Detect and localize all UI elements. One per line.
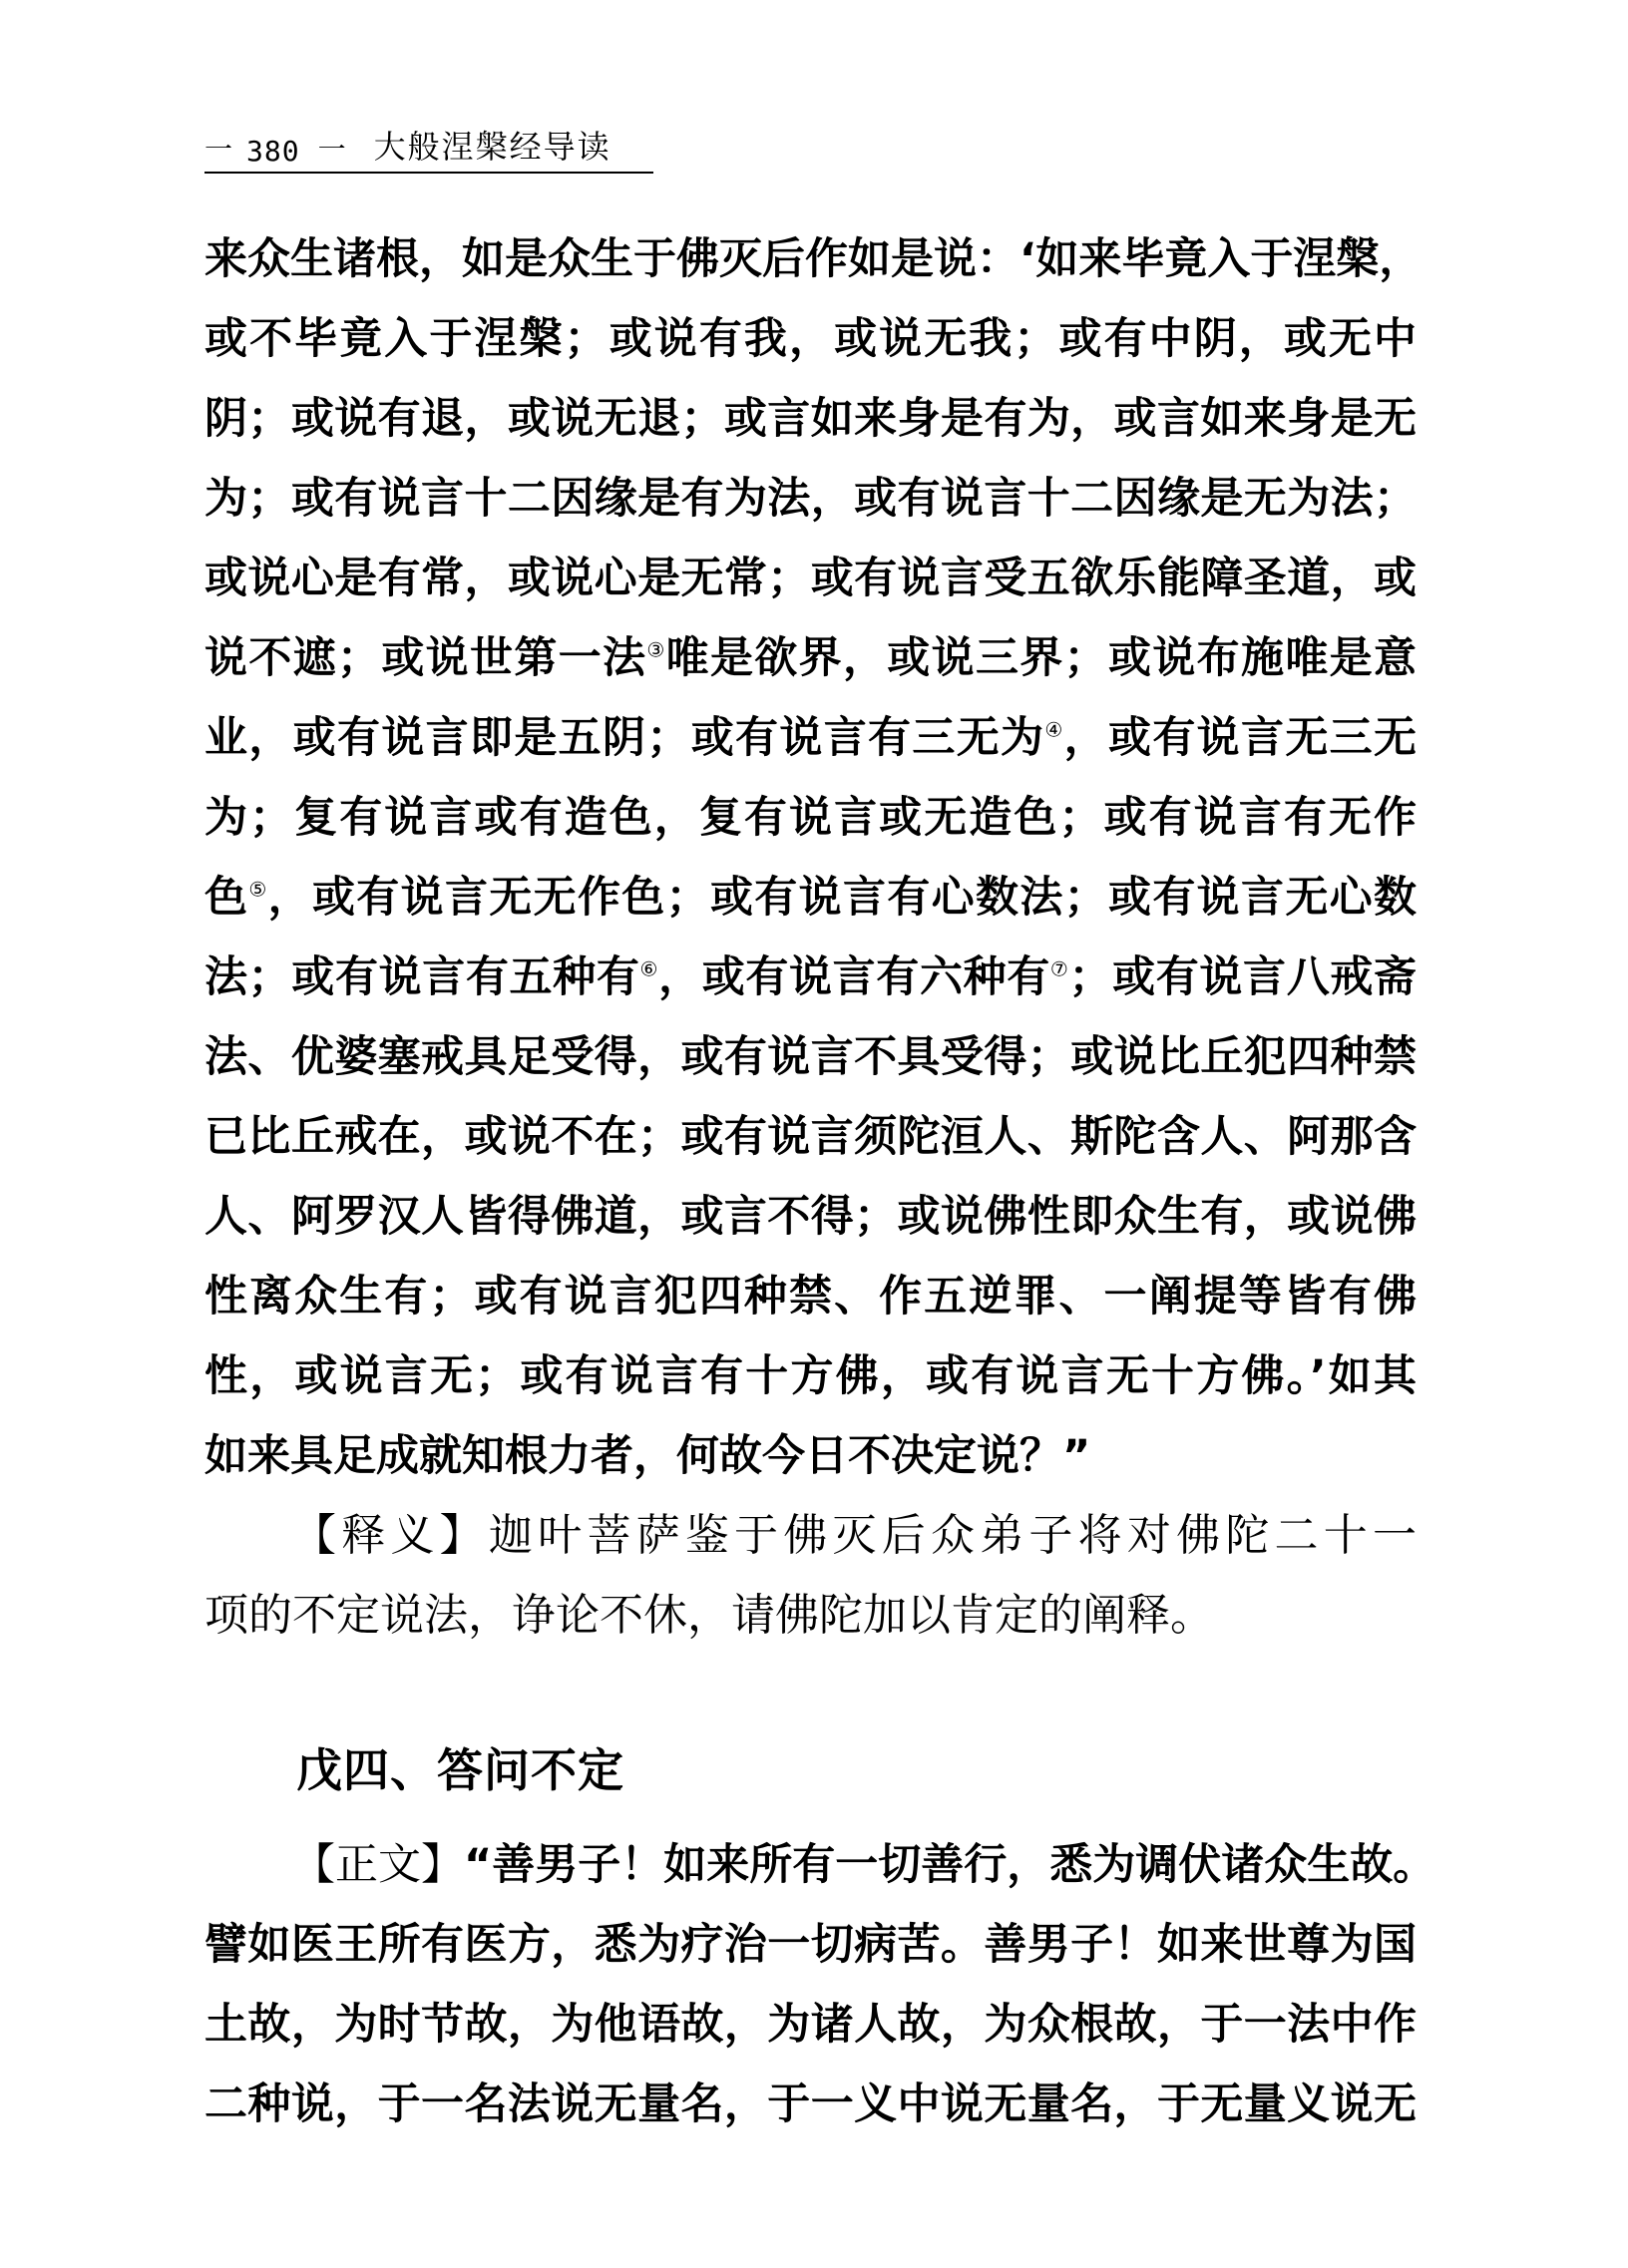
line-text: 迦叶菩萨鉴于佛灭后众弟子将对佛陀二十一 (489, 1510, 1417, 1561)
footnote-marker[interactable]: ③ (646, 638, 665, 662)
sutra-line: 或不毕竟入于涅槃；或说有我，或说无我；或有中阴，或无中 (204, 299, 1417, 379)
line-text: ，或有说言无无作色；或有说言有心数法；或有说言无心数 (268, 873, 1417, 923)
section-heading: 戊四、答问不定 (204, 1715, 1417, 1825)
running-header: 一 380 一 大般涅槃经导读 (204, 118, 653, 174)
book-title: 大般涅槃经导读 (374, 122, 611, 168)
footnote-marker[interactable]: ⑥ (639, 957, 658, 981)
sutra-line: 二种说，于一名法说无量名，于一义中说无量名，于无量义说无 (204, 2065, 1417, 2144)
sutra-line: 性离众生有；或有说言犯四种禁、作五逆罪、一阐提等皆有佛 (204, 1257, 1417, 1336)
sutra-line: 业，或有说言即是五阴；或有说言有三无为④，或有说言无三无 (204, 698, 1417, 778)
commentary-line: 【释义】迦叶菩萨鉴于佛灭后众弟子将对佛陀二十一 (204, 1496, 1417, 1576)
main-text-label: 【正文】 (292, 1840, 464, 1890)
footnote-marker[interactable]: ④ (1044, 718, 1063, 742)
sutra-line: 人、阿罗汉人皆得佛道，或言不得；或说佛性即众生有，或说佛 (204, 1177, 1417, 1257)
footnote-marker[interactable]: ⑦ (1050, 957, 1069, 981)
sutra-line: 【正文】“善男子！如来所有一切善行，悉为调伏诸众生故。 (204, 1825, 1417, 1905)
footnote-marker[interactable]: ⑤ (248, 878, 267, 902)
line-text: 说不遮；或说世第一法 (204, 633, 646, 683)
line-text: ；或有说言八戒斋 (1068, 952, 1417, 1002)
line-text: ，或有说言有六种有 (658, 952, 1050, 1002)
sutra-line: 阴；或说有退，或说无退；或言如来身是有为，或言如来身是无 (204, 379, 1417, 459)
sutra-line: 如来具足成就知根力者，何故今日不决定说？” (204, 1416, 1417, 1496)
commentary-label: 【释义】 (292, 1510, 489, 1561)
sutra-line: 或说心是有常，或说心是无常；或有说言受五欲乐能障圣道，或 (204, 539, 1417, 618)
sutra-line: 法；或有说言有五种有⑥，或有说言有六种有⑦；或有说言八戒斋 (204, 938, 1417, 1017)
page-body: 来众生诸根，如是众生于佛灭后作如是说：‘如来毕竟入于涅槃， 或不毕竟入于涅槃；或… (204, 219, 1417, 2144)
line-text: 业，或有说言即是五阴；或有说言有三无为 (204, 713, 1044, 763)
sutra-line: 为；或有说言十二因缘是有为法，或有说言十二因缘是无为法； (204, 459, 1417, 539)
line-text: 法；或有说言有五种有 (204, 952, 639, 1002)
line-text: 色 (204, 873, 248, 923)
sutra-line: 土故，为时节故，为他语故，为诸人故，为众根故，于一法中作 (204, 1985, 1417, 2065)
header-dash-left: 一 (204, 128, 232, 168)
line-text: 唯是欲界，或说三界；或说布施唯是意 (666, 633, 1417, 683)
sutra-line: 来众生诸根，如是众生于佛灭后作如是说：‘如来毕竟入于涅槃， (204, 219, 1417, 299)
header-dash-right: 一 (318, 128, 346, 168)
line-text: “善男子！如来所有一切善行，悉为调伏诸众生故。 (464, 1840, 1435, 1890)
sutra-line: 说不遮；或说世第一法③唯是欲界，或说三界；或说布施唯是意 (204, 618, 1417, 698)
sutra-line: 色⑤，或有说言无无作色；或有说言有心数法；或有说言无心数 (204, 858, 1417, 938)
page-number: 380 (246, 135, 300, 168)
sutra-line: 为；复有说言或有造色，复有说言或无造色；或有说言有无作 (204, 778, 1417, 858)
commentary-line: 项的不定说法，诤论不休，请佛陀加以肯定的阐释。 (204, 1576, 1417, 1656)
sutra-line: 已比丘戒在，或说不在；或有说言须陀洹人、斯陀含人、阿那含 (204, 1097, 1417, 1177)
sutra-line: 法、优婆塞戒具足受得，或有说言不具受得；或说比丘犯四种禁 (204, 1017, 1417, 1097)
sutra-line: 性，或说言无；或有说言有十方佛，或有说言无十方佛。’如其 (204, 1336, 1417, 1416)
line-text: ，或有说言无三无 (1064, 713, 1417, 763)
sutra-line: 譬如医王所有医方，悉为疗治一切病苦。善男子！如来世尊为国 (204, 1905, 1417, 1985)
